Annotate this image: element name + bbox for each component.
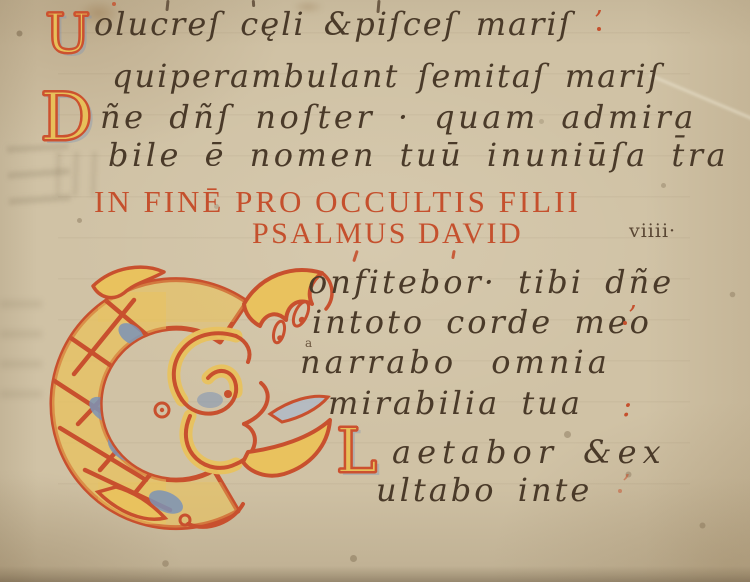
colon-punctuation-mark: : bbox=[622, 392, 632, 422]
flex-punctuation-mark: ’ bbox=[628, 303, 637, 330]
text-line-3: ñe dñſ noſter · quam admira bbox=[100, 101, 697, 133]
initial-d: D bbox=[40, 85, 93, 151]
illuminated-initial-c bbox=[38, 252, 338, 552]
text-line-9: aetabor &ex bbox=[392, 436, 667, 468]
rubric-line-1: IN FINĒ PRO OCCULTIS FILII bbox=[94, 186, 581, 217]
text-line-10: ultabo inte bbox=[376, 474, 592, 506]
punctuation-dot bbox=[618, 489, 622, 493]
rubric-line-2: PSALMUS DAVID bbox=[252, 219, 523, 249]
initial-u: U bbox=[45, 7, 91, 61]
manuscript-page: U olucreſ cęli &piſceſ mariſ ’ quiperamb… bbox=[0, 0, 750, 582]
text-line-2: quiperambulant ſemitaſ mariſ bbox=[112, 60, 662, 92]
show-through-text bbox=[0, 300, 42, 410]
text-line-5: onfitebor· tibi dñe bbox=[308, 266, 674, 298]
text-line-4: bile ē nomen tuū inuniūſa t̄ra bbox=[108, 139, 729, 171]
flex-punctuation-mark: ’ bbox=[622, 472, 630, 498]
initial-l: L bbox=[336, 420, 377, 482]
text-line-6: intoto corde meo bbox=[312, 306, 652, 338]
page-bottom-shadow bbox=[0, 566, 750, 582]
parchment-specks bbox=[0, 0, 3, 3]
marginal-psalm-number: viiii· bbox=[629, 222, 676, 241]
punctuation-dot bbox=[597, 27, 601, 31]
text-line-1: olucreſ cęli &piſceſ mariſ bbox=[94, 8, 573, 40]
punctuation-dot bbox=[623, 321, 627, 325]
text-line-7: narrabo omnia bbox=[300, 346, 611, 378]
